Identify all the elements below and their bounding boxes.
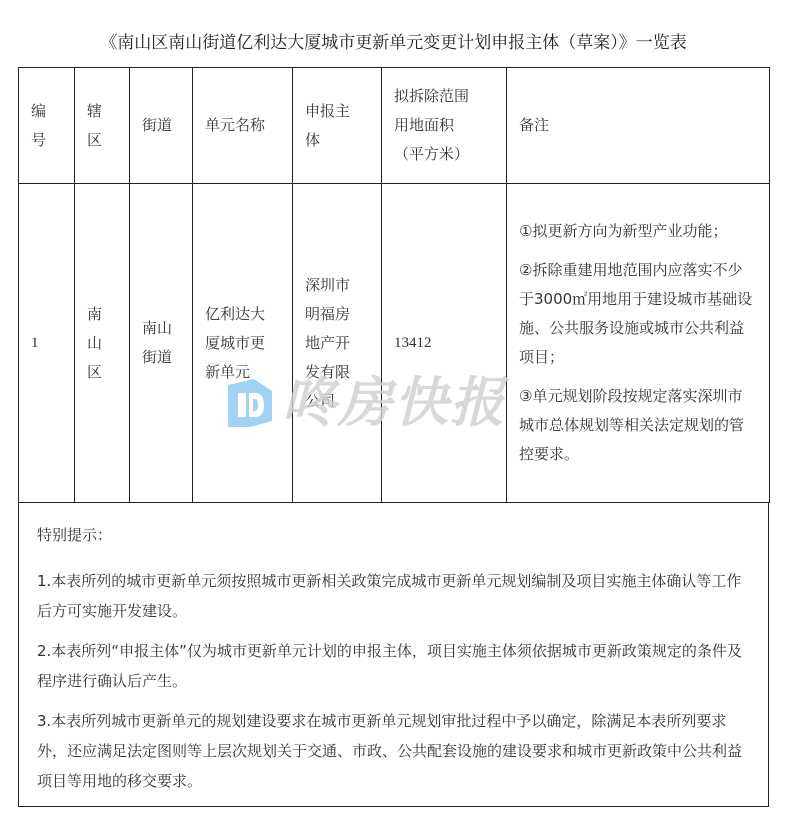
cell-applicant-text: 深圳市 明福房 地产开 发有限 公司 bbox=[305, 276, 350, 410]
plan-table: 编 号 辖 区 街道 单元名称 申报主 体 拟拆除范围 用地面积 （平方米） 备… bbox=[18, 67, 770, 503]
header-district-label: 辖 区 bbox=[87, 102, 102, 149]
special-notice: 特别提示： 1.本表所列的城市更新单元须按照城市更新相关政策完成城市更新单元规划… bbox=[18, 502, 769, 807]
header-street: 街道 bbox=[130, 68, 193, 184]
cell-unit-name: 亿利达大 厦城市更 新单元 bbox=[193, 184, 293, 503]
header-id-label: 编 号 bbox=[31, 102, 46, 149]
header-applicant: 申报主 体 bbox=[293, 68, 382, 184]
remark-item: ③单元规划阶段按规定落实深圳市城市总体规划等相关法定规划的管控要求。 bbox=[519, 382, 757, 469]
cell-id: 1 bbox=[19, 184, 75, 503]
table-row: 1 南 山 区 南山 街道 亿利达大 厦城市更 新单元 深圳市 明福房 地产开 … bbox=[19, 184, 770, 503]
notice-item: 1.本表所列的城市更新单元须按照城市更新相关政策完成城市更新单元规划编制及项目实… bbox=[37, 566, 750, 626]
cell-street-text: 南山 街道 bbox=[142, 319, 172, 366]
header-remarks-label: 备注 bbox=[519, 116, 549, 134]
notice-heading: 特别提示： bbox=[37, 520, 750, 550]
cell-street: 南山 街道 bbox=[130, 184, 193, 503]
cell-district: 南 山 区 bbox=[75, 184, 130, 503]
header-id: 编 号 bbox=[19, 68, 75, 184]
header-applicant-label: 申报主 体 bbox=[305, 102, 350, 149]
header-unit-name: 单元名称 bbox=[193, 68, 293, 184]
header-area-label: 拟拆除范围 用地面积 （平方米） bbox=[394, 87, 469, 163]
table-header-row: 编 号 辖 区 街道 单元名称 申报主 体 拟拆除范围 用地面积 （平方米） 备… bbox=[19, 68, 770, 184]
cell-unit-name-text: 亿利达大 厦城市更 新单元 bbox=[205, 305, 265, 381]
header-area: 拟拆除范围 用地面积 （平方米） bbox=[382, 68, 507, 184]
page-title: 《南山区南山街道亿利达大厦城市更新单元变更计划申报主体（草案）》一览表 bbox=[0, 28, 787, 53]
header-unit-name-label: 单元名称 bbox=[205, 116, 265, 134]
notice-item: 2.本表所列“申报主体”仅为城市更新单元计划的申报主体，项目实施主体须依据城市更… bbox=[37, 636, 750, 696]
remark-item: ②拆除重建用地范围内应落实不少于3000㎡用地用于建设城市基础设施、公共服务设施… bbox=[519, 256, 757, 372]
remark-item: ①拟更新方向为新型产业功能； bbox=[519, 217, 757, 246]
notice-item: 3.本表所列城市更新单元的规划建设要求在城市更新单元规划审批过程中予以确定，除满… bbox=[37, 706, 750, 796]
cell-applicant: 深圳市 明福房 地产开 发有限 公司 bbox=[293, 184, 382, 503]
header-district: 辖 区 bbox=[75, 68, 130, 184]
header-street-label: 街道 bbox=[142, 116, 172, 134]
cell-area: 13412 bbox=[382, 184, 507, 503]
header-remarks: 备注 bbox=[507, 68, 770, 184]
cell-remarks: ①拟更新方向为新型产业功能； ②拆除重建用地范围内应落实不少于3000㎡用地用于… bbox=[507, 184, 770, 503]
cell-district-text: 南 山 区 bbox=[87, 305, 102, 381]
